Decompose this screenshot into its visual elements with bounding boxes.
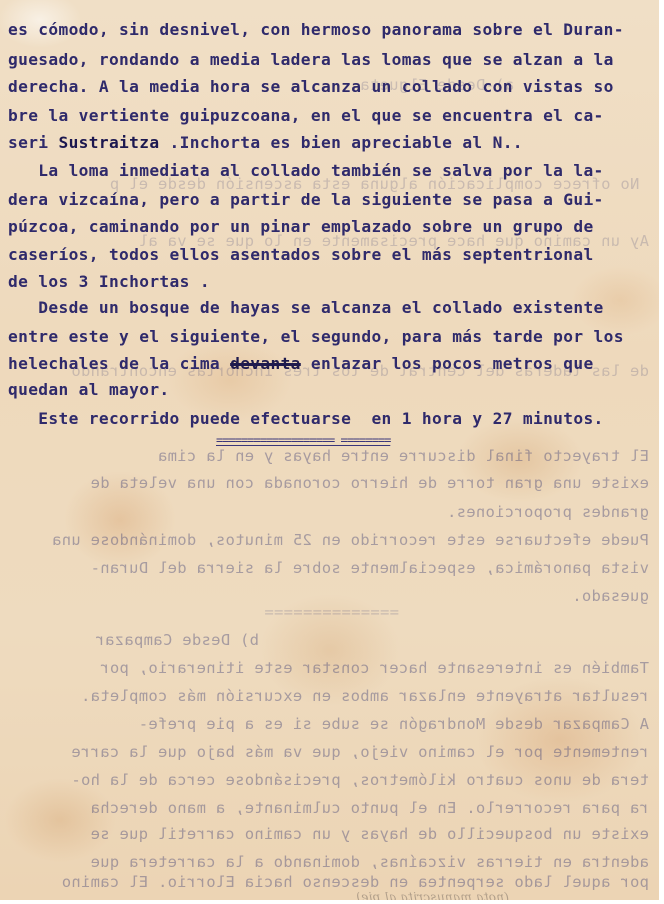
- text-line: seri Sustraitza .Inchorta es bien apreci…: [8, 133, 523, 152]
- text-line: es cómodo, sin desnivel, con hermoso pan…: [8, 20, 624, 39]
- bleed-line: grandes proporciones.: [0, 503, 659, 521]
- text-line: púzcoa, caminando por un pinar emplazado…: [8, 217, 594, 236]
- bleed-line: El trayecto final discurre entre hayas y…: [0, 447, 659, 465]
- bleed-heading: b) Desde Campazar: [0, 631, 659, 649]
- bleed-line: También es interesante hacer constar est…: [0, 659, 659, 677]
- bleed-line: existe un bosquecillo de hayas y un cami…: [0, 825, 659, 843]
- bleed-separator: ==============: [0, 603, 659, 621]
- bleed-line: rentemente por el camino viejo, que va m…: [0, 743, 659, 761]
- bleed-line: existe una gran torre de hierro coronada…: [0, 474, 659, 492]
- bleed-line: vista panorámica, especialmente sobre la…: [0, 559, 659, 577]
- text-line: de los 3 Inchortas .: [8, 272, 210, 291]
- text-line: guesado, rondando a media ladera las lom…: [8, 50, 614, 69]
- bleed-line: Puede efectuarse este recorrido en 25 mi…: [0, 531, 659, 549]
- bleed-handwriting: (nota manuscrita al pie): [0, 890, 659, 900]
- text-line: derecha. A la media hora se alcanza un c…: [8, 77, 614, 96]
- place-name-sustraitza: Sustraitza: [58, 133, 159, 152]
- struck-word: devanta: [230, 354, 301, 373]
- text-segment: seri: [8, 133, 58, 152]
- text-line: quedan al mayor.: [8, 380, 170, 399]
- text-line: Desde un bosque de hayas se alcanza el c…: [8, 298, 604, 317]
- text-line: caseríos, todos ellos asentados sobre el…: [8, 245, 594, 264]
- bleed-line: A Campazar desde Mondragón se sube si es…: [0, 715, 659, 733]
- text-line: dera vizcaína, pero a partir de la sigui…: [8, 190, 604, 209]
- text-line: La loma inmediata al collado también se …: [8, 161, 604, 180]
- text-segment: .Inchorta es bien apreciable al N..: [159, 133, 522, 152]
- bleed-line: por aquel lado serpentea en descenso hac…: [0, 873, 659, 891]
- text-line: helechales de la cima devanta enlazar lo…: [8, 354, 594, 373]
- bleed-line: tera de unos cuatro kilómetros, precisán…: [0, 771, 659, 789]
- text-segment: helechales de la cima: [8, 354, 230, 373]
- text-line: bre la vertiente guipuzcoana, en el que …: [8, 106, 604, 125]
- text-line: entre este y el siguiente, el segundo, p…: [8, 327, 624, 346]
- bleed-line: adentra en tierras vizcaínas, dominando …: [0, 853, 659, 871]
- separator-rule: =================== ========: [216, 433, 390, 447]
- document-page: a)-Desde Elgueta No ofrece complicación …: [0, 0, 659, 900]
- text-line: Este recorrido puede efectuarse en 1 hor…: [8, 409, 604, 428]
- text-segment: enlazar los pocos metros que: [301, 354, 594, 373]
- bleed-line: resultar atrayente enlazar ambos en excu…: [0, 687, 659, 705]
- bleed-line: ra para recorrerlo. En el punto culminan…: [0, 799, 659, 817]
